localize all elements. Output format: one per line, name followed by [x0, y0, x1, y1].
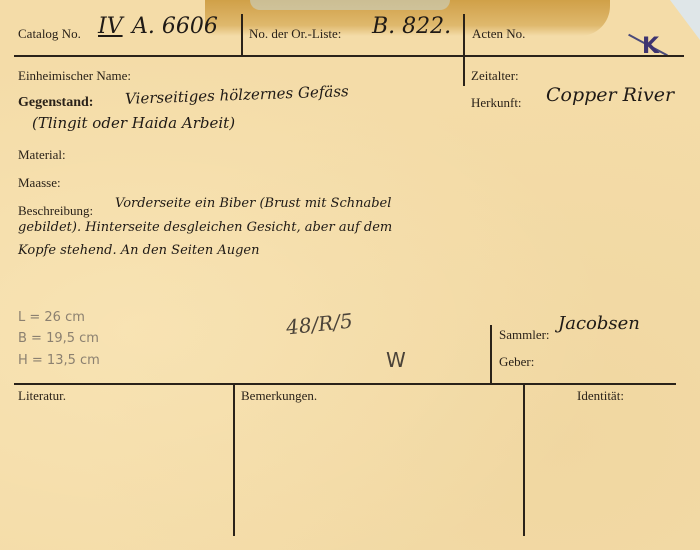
catalog-no-value: A. 6606: [132, 14, 218, 39]
gegenstand-value-line2: (Tlingit oder Haida Arbeit): [32, 114, 235, 132]
torn-corner: [670, 0, 700, 40]
geber-label: Geber:: [499, 354, 534, 370]
gegenstand-value-line1: Vierseitiges hölzernes Gefäss: [125, 82, 349, 108]
header-divider-1: [241, 14, 243, 56]
sammler-value: Jacobsen: [558, 313, 640, 334]
footer-rule: [14, 383, 676, 385]
catalog-roman-value: IV: [98, 14, 123, 39]
pencil-reference-note: 48/R/5: [285, 309, 354, 340]
collector-divider: [490, 325, 492, 383]
header-rule: [14, 55, 684, 57]
herkunft-label: Herkunft:: [471, 95, 522, 111]
bemerkungen-label: Bemerkungen.: [241, 388, 317, 404]
measurement-height: H = 13,5 cm: [18, 353, 100, 368]
catalog-no-label: Catalog No.: [18, 26, 81, 42]
gegenstand-label: Gegenstand:: [18, 95, 93, 111]
footer-divider-1: [233, 384, 235, 536]
literatur-label: Literatur.: [18, 388, 66, 404]
beschreibung-line3: Kopfe stehend. An den Seiten Augen: [18, 243, 260, 258]
tape-stain-light: [250, 0, 450, 10]
measurement-length: L = 26 cm: [18, 310, 85, 325]
sammler-label: Sammler:: [499, 327, 550, 343]
herkunft-value: Copper River: [546, 84, 674, 106]
catalog-card: Catalog No. IV A. 6606 No. der Or.-Liste…: [0, 0, 700, 550]
material-label: Material:: [18, 147, 66, 163]
maasse-label: Maasse:: [18, 175, 61, 191]
pencil-mark-w: W: [386, 348, 406, 372]
zeitalter-label: Zeitalter:: [471, 68, 519, 84]
einheimischer-name-label: Einheimischer Name:: [18, 68, 131, 84]
or-liste-label: No. der Or.-Liste:: [249, 26, 341, 42]
header-divider-2: [463, 14, 465, 86]
beschreibung-line1: Vorderseite ein Biber (Brust mit Schnabe…: [115, 196, 391, 211]
acten-no-label: Acten No.: [472, 26, 525, 42]
or-liste-value: B. 822.: [372, 14, 451, 39]
identitaet-label: Identität:: [577, 388, 624, 404]
beschreibung-label: Beschreibung:: [18, 203, 93, 219]
beschreibung-line2: gebildet). Hinterseite desgleichen Gesic…: [18, 220, 392, 235]
measurement-width: B = 19,5 cm: [18, 331, 99, 346]
footer-divider-2: [523, 384, 525, 536]
